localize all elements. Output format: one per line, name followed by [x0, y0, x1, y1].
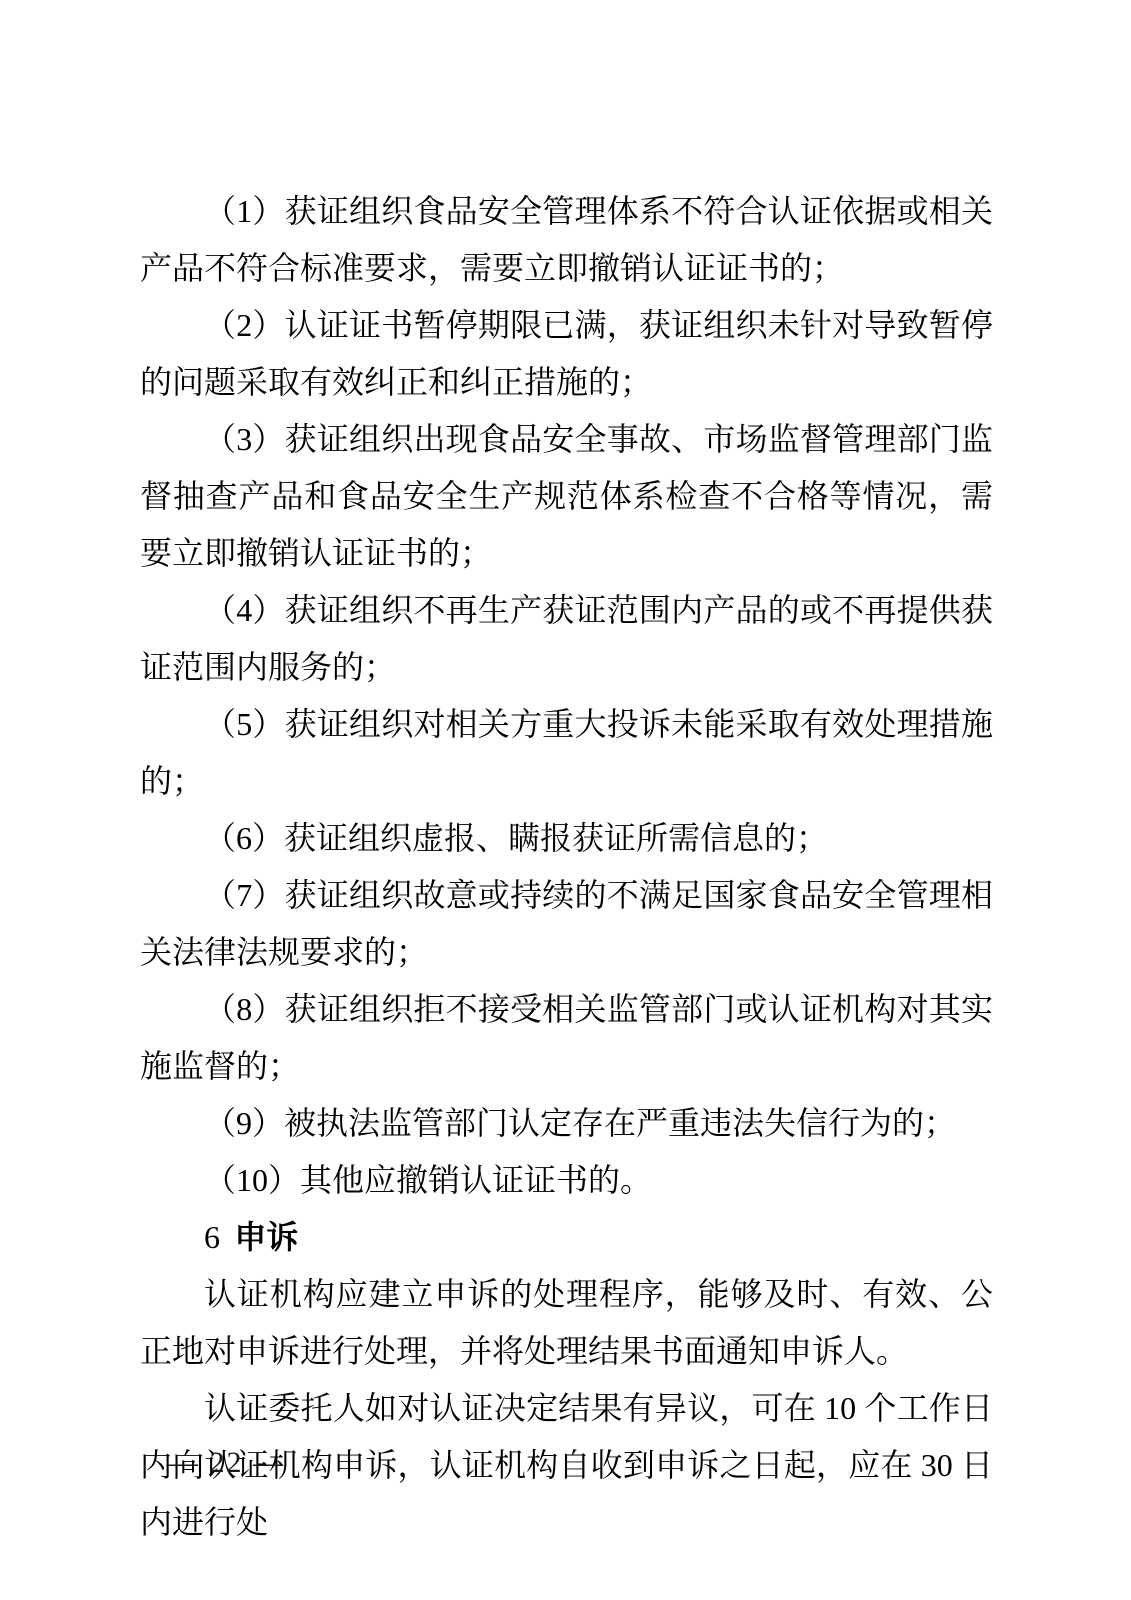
list-item-7: （7）获证组织故意或持续的不满足国家食品安全管理相关法律法规要求的； — [140, 867, 993, 981]
paragraph-appeal-1: 认证机构应建立申诉的处理程序，能够及时、有效、公正地对申诉进行处理，并将处理结果… — [140, 1266, 993, 1380]
list-item-1: （1）获证组织食品安全管理体系不符合认证依据或相关产品不符合标准要求，需要立即撤… — [140, 183, 993, 297]
section-heading: 6申诉 — [140, 1209, 993, 1266]
page-number: — 22 — — [168, 1443, 285, 1483]
list-item-9: （9）被执法监管部门认定存在严重违法失信行为的； — [140, 1095, 993, 1152]
list-item-5: （5）获证组织对相关方重大投诉未能采取有效处理措施的； — [140, 696, 993, 810]
document-body: （1）获证组织食品安全管理体系不符合认证依据或相关产品不符合标准要求，需要立即撤… — [140, 183, 993, 1551]
list-item-10: （10）其他应撤销认证证书的。 — [140, 1152, 993, 1209]
document-page: （1）获证组织食品安全管理体系不符合认证依据或相关产品不符合标准要求，需要立即撤… — [0, 0, 1131, 1600]
list-item-8: （8）获证组织拒不接受相关监管部门或认证机构对其实施监督的； — [140, 981, 993, 1095]
list-item-3: （3）获证组织出现食品安全事故、市场监督管理部门监督抽查产品和食品安全生产规范体… — [140, 411, 993, 582]
list-item-6: （6）获证组织虚报、瞒报获证所需信息的； — [140, 810, 993, 867]
section-title: 申诉 — [234, 1219, 298, 1255]
list-item-2: （2）认证证书暂停期限已满，获证组织未针对导致暂停的问题采取有效纠正和纠正措施的… — [140, 297, 993, 411]
section-number: 6 — [204, 1219, 220, 1255]
list-item-4: （4）获证组织不再生产获证范围内产品的或不再提供获证范围内服务的； — [140, 582, 993, 696]
